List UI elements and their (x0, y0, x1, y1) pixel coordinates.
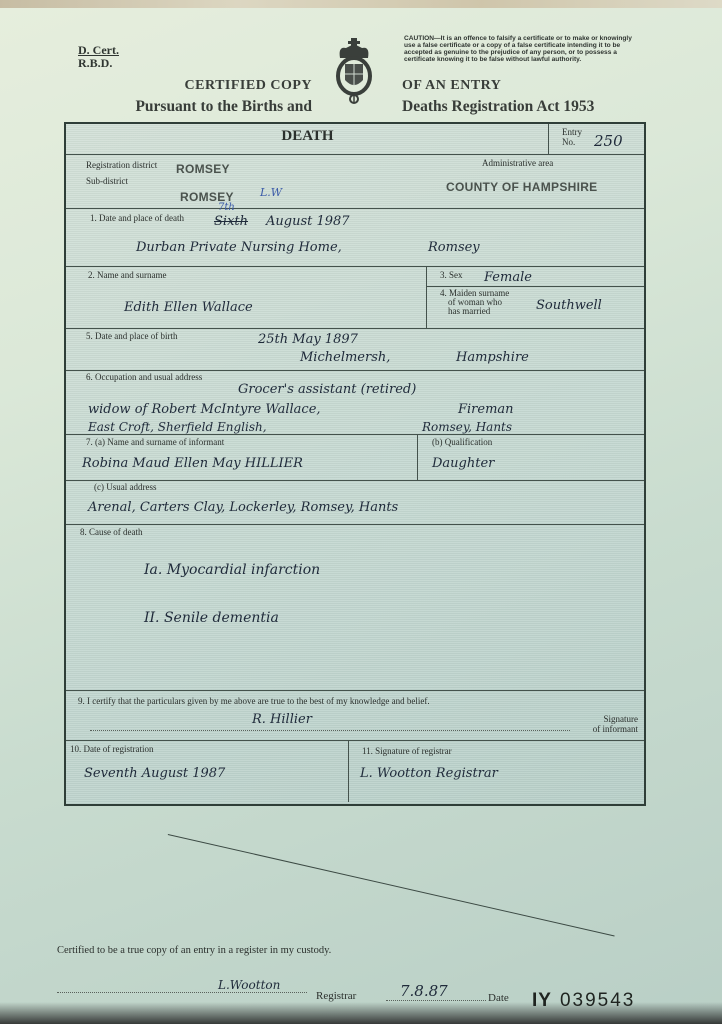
divider (548, 124, 549, 154)
registrar-signature-line (57, 992, 307, 993)
informant-name-value: Robina Maud Ellen May HILLIER (82, 456, 303, 471)
sex-label: 3. Sex (440, 270, 463, 280)
royal-crest-icon (334, 36, 374, 108)
certified-true-copy-text: Certified to be a true copy of an entry … (57, 945, 331, 956)
registration-district-label: Registration district (86, 160, 157, 170)
address-town-value: Romsey, Hants (422, 420, 512, 434)
informant-address-value: Arenal, Carters Clay, Lockerley, Romsey,… (88, 500, 398, 515)
field-name-sex-maiden: 2. Name and surname Edith Ellen Wallace … (66, 266, 644, 329)
entry-label-1: Entry (562, 127, 582, 137)
divider (426, 266, 427, 328)
address-value: East Croft, Sherfield English, (88, 420, 267, 434)
title-of-an-entry: OF AN ENTRY (402, 78, 594, 94)
form-heading: DEATH (66, 128, 549, 145)
title-pursuant: Pursuant to the Births and (135, 98, 312, 116)
registration-district-value: ROMSEY (176, 162, 230, 176)
informant-signature: R. Hillier (252, 712, 312, 727)
form-code: D. Cert. R.B.D. (78, 44, 119, 70)
heading-row: DEATH Entry No. 250 (66, 124, 644, 155)
birth-county-value: Hampshire (456, 350, 529, 365)
informant-name-label: 7. (a) Name and surname of informant (86, 437, 224, 447)
date-place-death-label: 1. Date and place of death (90, 213, 184, 223)
paper-bottom-shadow (0, 1002, 722, 1024)
informant-address-label: (c) Usual address (94, 482, 156, 492)
paper-top-edge (0, 0, 722, 8)
field-informant-address: (c) Usual address Arenal, Carters Clay, … (66, 480, 644, 525)
date-of-registration-value: Seventh August 1987 (84, 766, 225, 781)
cancel-line (168, 834, 615, 936)
registrar-signature-label: 11. Signature of registrar (362, 746, 452, 756)
cause-of-death-label: 8. Cause of death (80, 527, 142, 537)
administrative-area-label: Administrative area (482, 158, 553, 168)
maiden-surname-label: 4. Maiden surname of woman who has marri… (440, 289, 509, 316)
entry-no-value: 250 (594, 132, 623, 150)
form-code-rbd: R.B.D. (78, 57, 119, 70)
title-certified-copy: CERTIFIED COPY (135, 78, 312, 94)
field-date-place-of-death: 1. Date and place of death 7th Sixth Aug… (66, 208, 644, 267)
title-left: CERTIFIED COPY Pursuant to the Births an… (135, 78, 312, 116)
field-occupation-address: 6. Occupation and usual address Grocer's… (66, 370, 644, 435)
divider (348, 740, 349, 802)
administrative-area-value: COUNTY OF HAMPSHIRE (446, 180, 598, 194)
divider (417, 434, 418, 480)
cause-of-death-1a: Ia. Myocardial infarction (144, 562, 320, 578)
name-label: 2. Name and surname (88, 270, 166, 280)
date-of-registration-label: 10. Date of registration (70, 744, 153, 754)
registrar-signature-value: L. Wootton Registrar (360, 766, 498, 781)
footer-registrar-label: Registrar (316, 990, 356, 1002)
field-date-place-of-birth: 5. Date and place of birth 25th May 1897… (66, 328, 644, 371)
death-entry-form: DEATH Entry No. 250 Registration distric… (64, 122, 646, 806)
title-right: OF AN ENTRY Deaths Registration Act 1953 (402, 78, 594, 116)
qualification-value: Daughter (432, 456, 494, 471)
qualification-label: (b) Qualification (432, 437, 492, 447)
occupation-value: Grocer's assistant (retired) (238, 382, 416, 397)
district-row: Registration district ROMSEY Sub-distric… (66, 154, 644, 209)
birth-place-value: Michelmersh, (300, 350, 390, 365)
footer-registrar-signature: L.Wootton (218, 978, 280, 992)
entry-no-label: Entry No. (562, 127, 582, 147)
footer-date-value: 7.8.87 (400, 982, 448, 1000)
maiden-surname-value: Southwell (536, 298, 602, 313)
birth-label: 5. Date and place of birth (86, 331, 177, 341)
sex-value: Female (484, 270, 532, 285)
entry-label-2: No. (562, 137, 582, 147)
sub-district-initials: L.W (260, 186, 282, 199)
husband-occupation-value: Fireman (458, 402, 514, 417)
signature-of-informant-label: Signature of informant (593, 714, 638, 734)
death-place-value: Durban Private Nursing Home, (136, 240, 342, 255)
certification-label: 9. I certify that the particulars given … (78, 696, 430, 706)
sig-label-1: Signature (593, 714, 638, 724)
divider (426, 286, 644, 287)
name-value: Edith Ellen Wallace (124, 300, 253, 315)
field-certification: 9. I certify that the particulars given … (66, 690, 644, 741)
sig-label-2: of informant (593, 724, 638, 734)
field-cause-of-death: 8. Cause of death Ia. Myocardial infarct… (66, 524, 644, 691)
date-line (386, 1000, 486, 1001)
death-date-struck: Sixth (214, 214, 248, 229)
widow-of-value: widow of Robert McIntyre Wallace, (88, 402, 321, 417)
death-date-correction: 7th (218, 202, 235, 213)
signature-line (90, 730, 570, 731)
occupation-label: 6. Occupation and usual address (86, 372, 202, 382)
cause-of-death-2: II. Senile dementia (144, 610, 279, 626)
death-date-value: August 1987 (266, 214, 350, 229)
field-informant: 7. (a) Name and surname of informant Rob… (66, 434, 644, 481)
sub-district-label: Sub-district (86, 176, 128, 186)
title-act: Deaths Registration Act 1953 (402, 98, 594, 116)
maiden-label-3: has married (440, 307, 509, 316)
birth-date-value: 25th May 1897 (258, 332, 358, 347)
field-registration: 10. Date of registration Seventh August … (66, 740, 644, 802)
death-town-value: Romsey (428, 240, 480, 255)
caution-notice: CAUTION—It is an offence to falsify a ce… (404, 35, 636, 63)
